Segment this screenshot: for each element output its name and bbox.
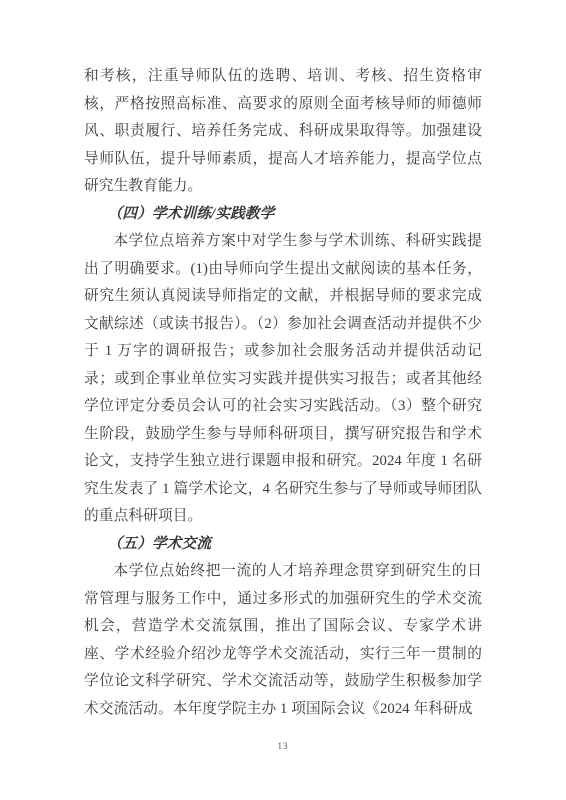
page-number: 13 bbox=[0, 741, 566, 751]
paragraph-academic-training: 本学位点培养方案中对学生参与学术训练、科研实践提出了明确要求。(1)由导师向学生… bbox=[84, 228, 482, 531]
page-body-text: 和考核，注重导师队伍的选聘、培训、考核、招生资格审核，严格按照高标准、高要求的原… bbox=[84, 63, 482, 723]
document-page: 和考核，注重导师队伍的选聘、培训、考核、招生资格审核，严格按照高标准、高要求的原… bbox=[0, 0, 566, 800]
section-heading-academic-exchange: （五）学术交流 bbox=[84, 531, 482, 559]
paragraph-continuation: 和考核，注重导师队伍的选聘、培训、考核、招生资格审核，严格按照高标准、高要求的原… bbox=[84, 63, 482, 201]
paragraph-academic-exchange: 本学位点始终把一流的人才培养理念贯穿到研究生的日常管理与服务工作中，通过多形式的… bbox=[84, 558, 482, 723]
section-heading-academic-training: （四）学术训练/实践教学 bbox=[84, 201, 482, 229]
